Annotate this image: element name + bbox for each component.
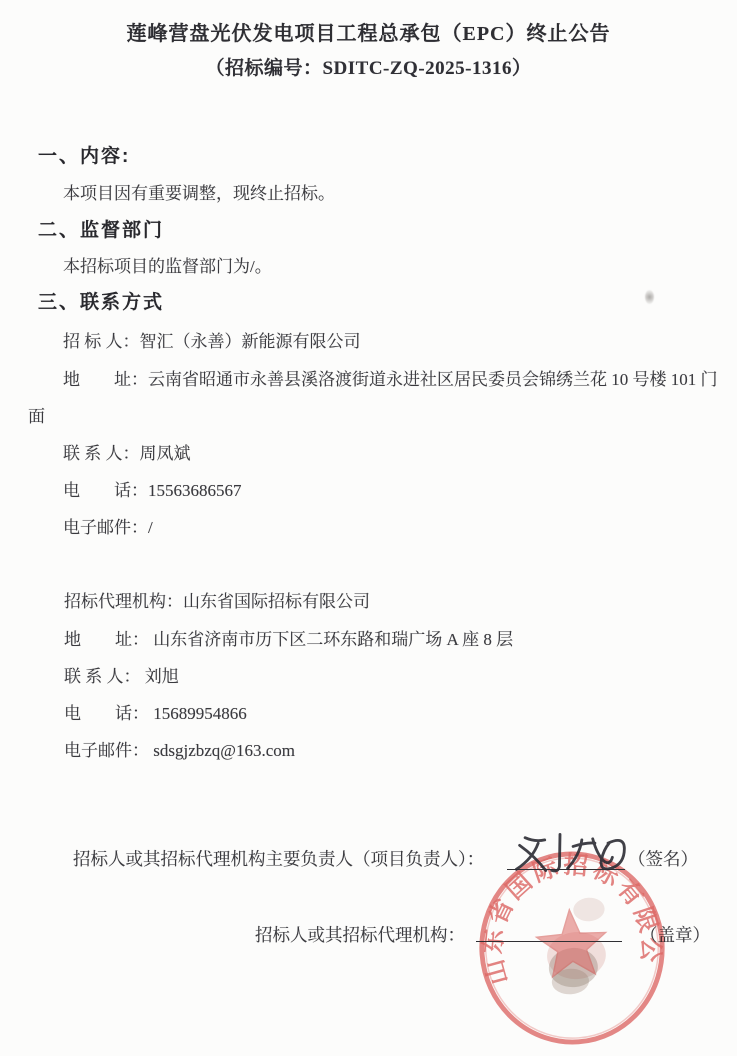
signature-stroke (552, 834, 560, 871)
section1-heading: 一、内容: (38, 146, 130, 169)
section1-body: 本项目因有重要调整，现终止招标。 (63, 184, 335, 204)
signature-stroke (525, 838, 545, 841)
agency-email: 电子邮件： sdsgjzbzq@163.com (64, 741, 295, 761)
tenderer-address-wrap: 面 (28, 407, 45, 427)
handwritten-signature-liu-xu (512, 831, 632, 875)
tenderer-address: 地 址：云南省昭通市永善县溪洛渡街道永进社区居民委员会锦绣兰花 10 号楼 10… (63, 370, 718, 390)
agency-contact: 联 系 人： 刘旭 (64, 667, 179, 687)
agency-name: 招标代理机构：山东省国际招标有限公司 (64, 592, 370, 612)
signature-stroke (573, 843, 595, 846)
org-label: 招标人或其招标代理机构： (255, 925, 465, 946)
signature-stroke (601, 840, 624, 869)
seal-underline (476, 941, 622, 942)
section2-heading: 二、监督部门 (38, 220, 164, 243)
tenderer-phone: 电 话：15563686567 (63, 481, 242, 501)
tenderer-name: 招 标 人：智汇（永善）新能源有限公司 (63, 332, 361, 352)
agency-address: 地 址： 山东省济南市历下区二环东路和瑞广场 A 座 8 层 (64, 630, 513, 650)
bid-number: （招标编号：SDITC-ZQ-2025-1316） (0, 58, 737, 81)
seal-smudge (572, 897, 605, 923)
section2-body: 本招标项目的监督部门为/。 (63, 257, 272, 277)
section3-heading: 三、联系方式 (38, 292, 164, 315)
page-title: 莲峰营盘光伏发电项目工程总承包（EPC）终止公告 (0, 22, 737, 46)
agency-phone: 电 话： 15689954866 (64, 704, 247, 724)
document-page: 莲峰营盘光伏发电项目工程总承包（EPC）终止公告 （招标编号：SDITC-ZQ-… (0, 0, 737, 1056)
signature-stroke (520, 845, 546, 870)
tenderer-email: 电子邮件：/ (63, 518, 153, 538)
responsible-person-label: 招标人或其招标代理机构主要负责人（项目负责人）： (73, 849, 484, 870)
tenderer-contact: 联 系 人：周凤斌 (63, 444, 191, 464)
scan-smudge (645, 290, 654, 304)
